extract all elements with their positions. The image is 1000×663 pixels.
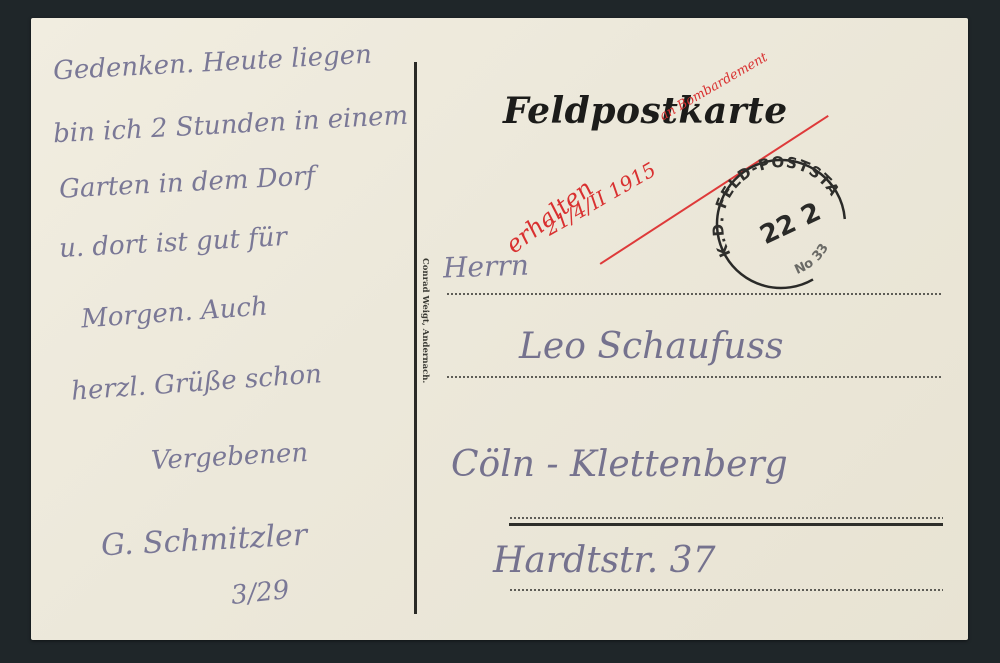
postmark-stamp: K.D. FELD-POSTSTA. 22 2 No 33 [703,146,853,296]
message-line-4: u. dort ist gut für [58,222,287,264]
postcard: Gedenken. Heute liegen bin ich 2 Stunden… [31,18,968,640]
postmark-number: No 33 [793,241,832,278]
address-line-2 [446,376,943,378]
address-street: Hardtstr. 37 [493,540,715,581]
card-title: Feldpostkarte [503,90,788,132]
message-line-3: Garten in dem Dorf [58,161,316,204]
address-line-1 [446,293,943,295]
address-name: Leo Schaufuss [519,326,783,367]
message-line-7: Vergebenen [150,438,309,476]
printer-imprint: Conrad Weigt, Andernach. [416,258,430,408]
address-line-4 [509,589,943,591]
message-line-5: Morgen. Auch [80,292,268,335]
signature: G. Schmitzler [100,518,308,564]
address-line-3 [509,517,943,519]
message-line-6: herzl. Grüße schon [70,359,323,406]
message-line-2: bin ich 2 Stunden in einem [52,101,408,150]
message-line-1: Gedenken. Heute liegen [52,40,372,87]
address-city: Cöln - Klettenberg [451,444,788,485]
address-salutation: Herrn [442,249,529,285]
postmark-center: 22 2 [756,197,826,251]
address-underline [509,523,943,526]
svg-text:No 33: No 33 [793,241,832,278]
message-date: 3/29 [230,575,291,611]
